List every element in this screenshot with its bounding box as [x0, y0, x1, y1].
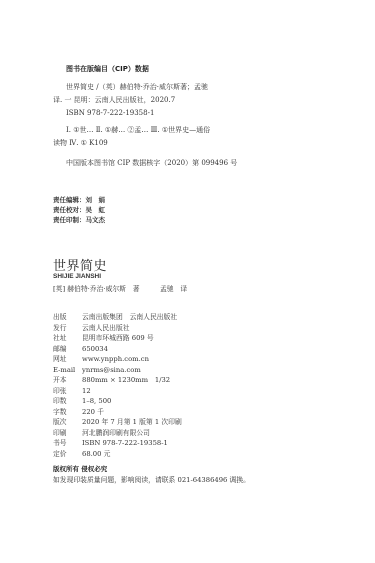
- info-row: 字数220 千: [53, 407, 104, 417]
- info-row: 开本880mm × 1230mm 1/32: [53, 375, 170, 385]
- book-title: 世界简史: [53, 255, 107, 274]
- info-value: 昆明市环城西路 609 号: [82, 333, 154, 343]
- cip-entry-line2: 译. 一 昆明：云南人民出版社，2020.7: [53, 96, 175, 105]
- info-value: 2020 年 7 月第 1 版第 1 次印刷: [82, 417, 182, 427]
- info-row: 书号ISBN 978-7-222-19358-1: [53, 438, 168, 448]
- info-value: 河北鹏润印刷有限公司: [82, 428, 150, 438]
- info-row: 邮编650034: [53, 344, 108, 354]
- info-value: ynrms@sina.com: [82, 365, 141, 375]
- cip-isbn: ISBN 978-7-222-19358-1: [66, 109, 154, 118]
- info-row: 发行云南人民出版社: [53, 323, 130, 333]
- info-value: www.ynpph.com.cn: [82, 354, 149, 364]
- copyright-heading: 版权所有 侵权必究: [53, 464, 107, 473]
- info-row: 出版云南出版集团 云南人民出版社: [53, 312, 177, 322]
- info-value: 650034: [82, 344, 108, 354]
- info-label: 印数: [53, 396, 82, 406]
- info-label: 邮编: [53, 344, 82, 354]
- info-label: 定价: [53, 449, 82, 459]
- info-row: 网址www.ynpph.com.cn: [53, 354, 149, 364]
- info-label: 印刷: [53, 428, 82, 438]
- info-row: 印刷河北鹏润印刷有限公司: [53, 428, 150, 438]
- info-label: 出版: [53, 312, 82, 322]
- info-value: ISBN 978-7-222-19358-1: [82, 438, 168, 448]
- info-label: 网址: [53, 354, 82, 364]
- info-value: 68.00 元: [82, 449, 110, 459]
- info-value: 云南出版集团 云南人民出版社: [82, 312, 177, 322]
- info-value: 云南人民出版社: [82, 323, 130, 333]
- editor-credits: 责任编辑：刘 娟 责任校对：吴 虹 责任印制：马文杰: [53, 195, 105, 225]
- info-label: 印张: [53, 386, 82, 396]
- info-row: 定价68.00 元: [53, 449, 110, 459]
- editor-in-charge: 责任编辑：刘 娟: [53, 195, 105, 205]
- info-label: 字数: [53, 407, 82, 417]
- cip-entry-line1: 世界简史 /（英）赫伯特·乔治·威尔斯著；孟驰: [66, 83, 208, 92]
- info-label: 书号: [53, 438, 82, 448]
- cip-approval-number: 中国版本图书馆 CIP 数据核字（2020）第 099496 号: [66, 159, 237, 168]
- info-label: 版次: [53, 417, 82, 427]
- info-row: 社址昆明市环城西路 609 号: [53, 333, 154, 343]
- info-row: 印张12: [53, 386, 91, 396]
- info-label: E-mail: [53, 365, 82, 375]
- info-label: 社址: [53, 333, 82, 343]
- cip-heading: 图书在版编目（CIP）数据: [66, 64, 149, 74]
- info-row: 印数1–8, 500: [53, 396, 111, 406]
- proofreader: 责任校对：吴 虹: [53, 205, 105, 215]
- info-label: 发行: [53, 323, 82, 333]
- info-value: 1–8, 500: [82, 396, 111, 406]
- cip-class-line1: Ⅰ. ①世… Ⅱ. ①赫… ②孟… Ⅲ. ①世界史—通俗: [66, 126, 210, 135]
- cip-class-line2: 读物 Ⅳ. ① K109: [53, 139, 108, 148]
- info-row: E-mailynrms@sina.com: [53, 365, 141, 375]
- book-title-pinyin: SHIJIE JIANSHI: [53, 273, 101, 280]
- info-row: 版次2020 年 7 月第 1 版第 1 次印刷: [53, 417, 182, 427]
- author-translator-line: [英] 赫伯特·乔治·威尔斯 著 孟驰 译: [53, 283, 187, 293]
- info-label: 开本: [53, 375, 82, 385]
- copyright-note: 如发现印装质量问题，影响阅读，请联系 021-64386496 调换。: [53, 474, 250, 484]
- print-supervisor: 责任印制：马文杰: [53, 215, 105, 225]
- info-value: 220 千: [82, 407, 104, 417]
- info-value: 880mm × 1230mm 1/32: [82, 375, 170, 385]
- info-value: 12: [82, 386, 91, 396]
